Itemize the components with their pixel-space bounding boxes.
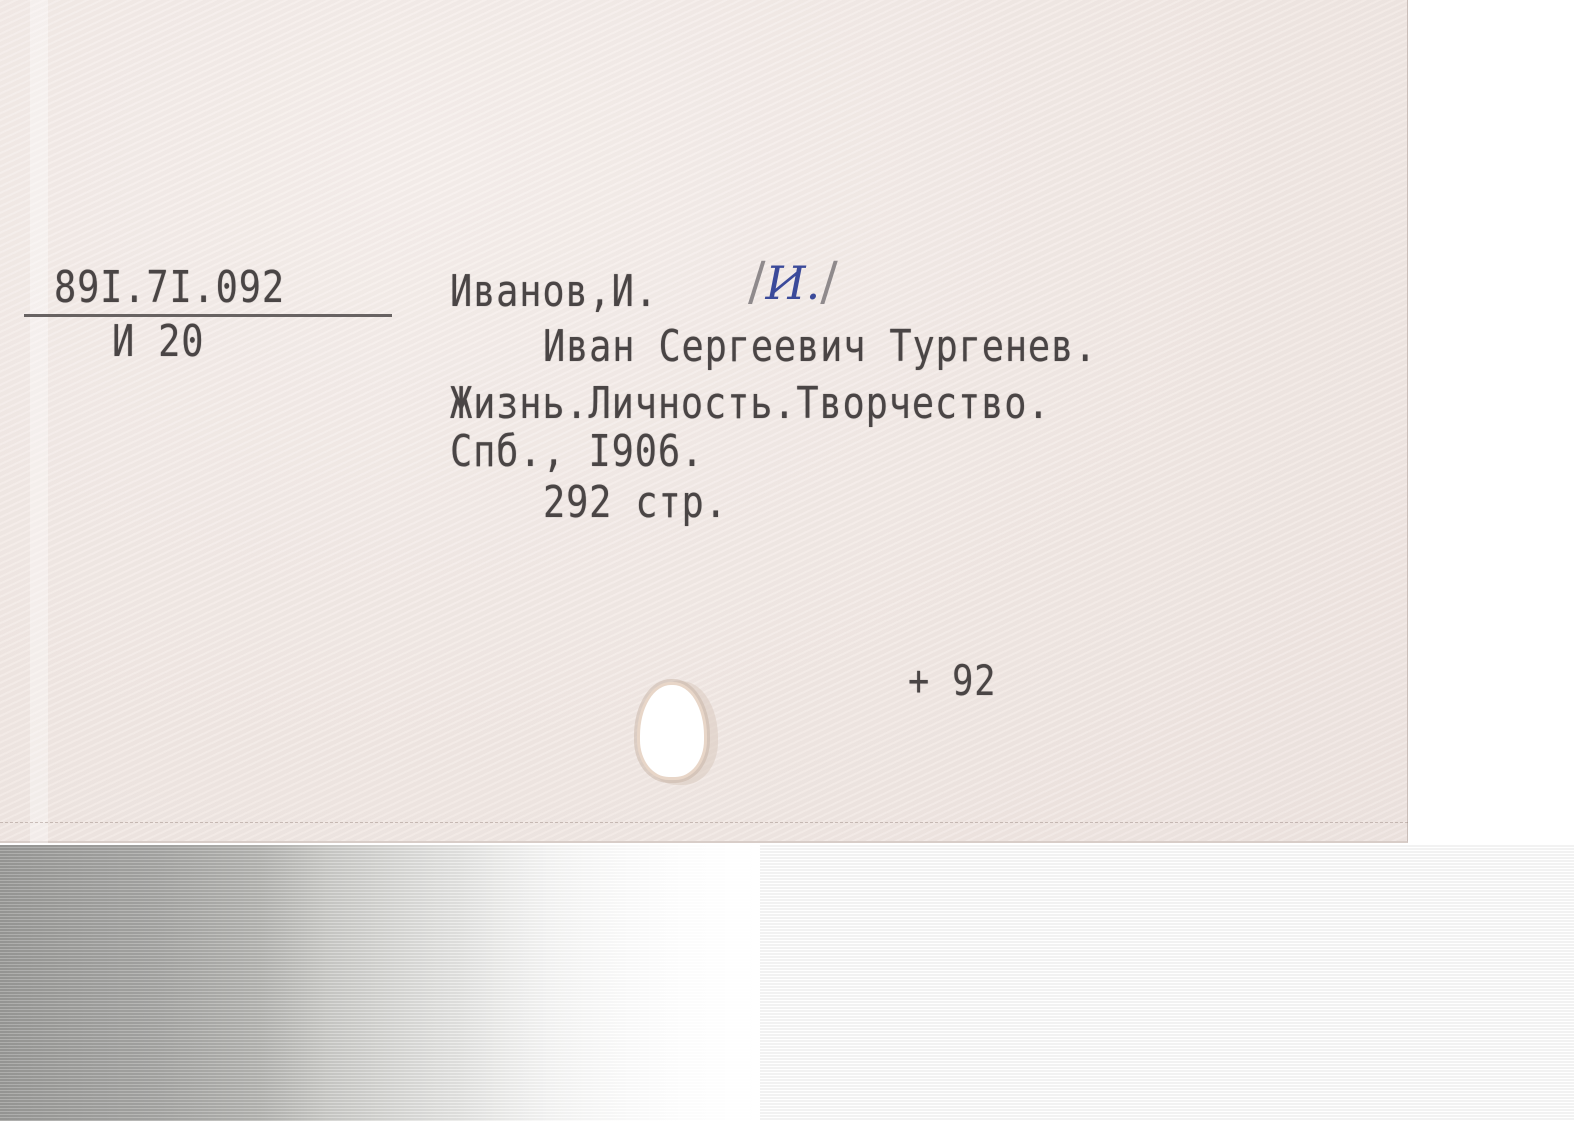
imprint: Спб., I906. — [450, 430, 704, 474]
handwritten-close-slash: / — [820, 252, 838, 312]
author-heading: Иванов,И. — [450, 270, 658, 314]
call-number-divider — [24, 314, 392, 317]
page-count: 292 стр. — [543, 481, 728, 525]
call-number-classification: 89I.7I.092 — [54, 266, 285, 310]
card-bottom-rule — [0, 822, 1408, 823]
handwritten-open-slash: / — [748, 252, 766, 312]
library-catalog-card: 89I.7I.092 И 20 Иванов,И. /И./ Иван Серг… — [0, 0, 1408, 843]
handwritten-initial: И. — [766, 256, 821, 310]
call-number-author-mark: И 20 — [112, 320, 204, 364]
title-line-2: Жизнь.Личность.Творчество. — [450, 382, 1050, 426]
scanner-background — [0, 845, 1574, 1121]
title-line-1: Иван Сергеевич Тургенев. — [543, 325, 1097, 369]
card-fold-edge — [30, 0, 48, 843]
handwritten-annotation: /И./ — [748, 252, 838, 312]
additional-note: + 92 — [908, 660, 996, 702]
punch-hole — [640, 685, 704, 777]
